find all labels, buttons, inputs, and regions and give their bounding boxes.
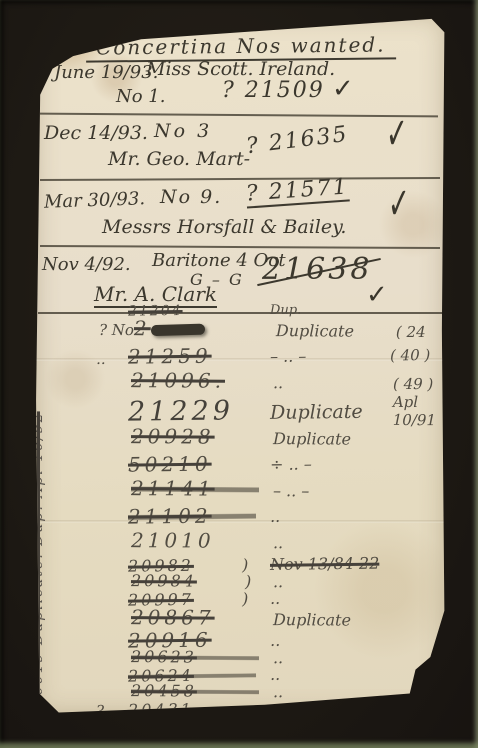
- row-number: 21229: [128, 395, 256, 428]
- row-number: 20928: [131, 424, 259, 449]
- row-note: ..: [273, 373, 391, 393]
- entry-name: Mr. Geo. Mart-: [108, 148, 250, 170]
- row-prefix: ?: [99, 716, 131, 734]
- list-row: ?20431..: [96, 697, 432, 718]
- row-number: 20623: [131, 647, 259, 667]
- row-number: 2: [134, 316, 262, 341]
- row-note: Nov 13/84 22: [270, 553, 388, 573]
- row-number: 21096.: [131, 368, 259, 393]
- row-number: 21259: [128, 343, 256, 369]
- row-note: ..: [270, 587, 388, 607]
- row-number: 50210: [128, 451, 256, 477]
- list-row: ? No2Duplicate( 24: [99, 316, 435, 344]
- photo-mat: Concertina Nos wanted. June 19/93. Miss …: [0, 0, 478, 748]
- entry-divider: [40, 245, 440, 249]
- row-number: 20458: [131, 681, 259, 701]
- row-note: Duplicate: [273, 429, 391, 449]
- row-number: 20867: [131, 605, 259, 630]
- entry-divider: [40, 177, 440, 181]
- row-prefix: ?: [96, 702, 128, 720]
- entry-serial: 21638: [262, 252, 372, 287]
- row-note: ÷ .. –: [270, 453, 388, 473]
- manuscript-page: Concertina Nos wanted. June 19/93. Miss …: [34, 14, 446, 716]
- list-row: 21096...( 49 ) Apl 10/91: [99, 368, 435, 396]
- row-prefix: ..: [96, 350, 128, 368]
- entry-name: Miss Scott. Ireland.: [146, 58, 335, 80]
- list-row: 21141– .. –: [99, 476, 435, 504]
- entry-name: Messrs Horsfall & Bailey.: [102, 216, 346, 238]
- row-number: 21102: [128, 503, 256, 529]
- entry-date: June 19/93.: [54, 62, 158, 83]
- entry-divider: [40, 113, 438, 118]
- row-note: –: [273, 716, 391, 736]
- list-row: 20458..: [99, 681, 435, 700]
- row-note: Duplicate: [270, 400, 388, 423]
- entry-serial: ? 21571: [245, 174, 349, 208]
- entry-date: Nov 4/92.: [42, 254, 131, 275]
- row-right-note: ( 24: [396, 323, 426, 341]
- entry-no: No 3: [154, 120, 212, 142]
- check-mark-icon: ✓: [332, 74, 354, 104]
- entry-date: Mar 30/93.: [44, 188, 146, 213]
- row-note: Duplicate: [276, 321, 394, 341]
- entry-serial: ? 21635: [245, 122, 350, 159]
- check-glyph: ✓: [388, 180, 410, 231]
- row-right-note: ( 40 ): [390, 346, 431, 364]
- entry-date: Dec 14/93.: [44, 122, 148, 144]
- check-mark-icon: ✓: [386, 120, 408, 150]
- row-number: 20431: [128, 699, 256, 720]
- ink-blot-icon: [151, 324, 205, 337]
- list-row: ?20399–: [99, 715, 435, 734]
- row-note: Dup.: [270, 301, 388, 317]
- entry-no: No 1.: [116, 86, 165, 107]
- number-list: 21204Dup.? No2Duplicate( 24..21259– .. –…: [96, 302, 432, 733]
- check-glyph: ✓: [386, 110, 408, 161]
- list-row: 21102..: [96, 501, 432, 531]
- list-row: 21229Duplicate: [96, 393, 432, 427]
- row-note: ..: [270, 629, 388, 649]
- list-row: 50210÷ .. –: [96, 449, 432, 479]
- entry-serial: ? 21509: [222, 78, 325, 103]
- check-mark-icon: ✓: [388, 190, 410, 220]
- margin-note: 20019 Duplicate. Dup. Apl 10/92: [30, 310, 46, 706]
- row-number: 21141: [131, 476, 259, 501]
- entry-no: No 9.: [160, 186, 222, 208]
- list-row: ..21259– .. –( 40 ): [96, 341, 432, 371]
- row-prefix: ? No: [99, 321, 134, 339]
- row-number: 20984: [131, 571, 259, 591]
- row-note: – .. –: [273, 481, 391, 501]
- row-number: 21010: [131, 528, 259, 553]
- row-note: ..: [273, 533, 391, 553]
- list-row: 21010..: [99, 528, 435, 556]
- row-note: ..: [270, 663, 388, 683]
- list-row: 20928Duplicate: [99, 424, 435, 452]
- row-note: ..: [270, 697, 388, 717]
- row-number: 20399: [131, 715, 259, 735]
- row-note: – .. –: [270, 345, 388, 365]
- row-note: ..: [270, 505, 388, 525]
